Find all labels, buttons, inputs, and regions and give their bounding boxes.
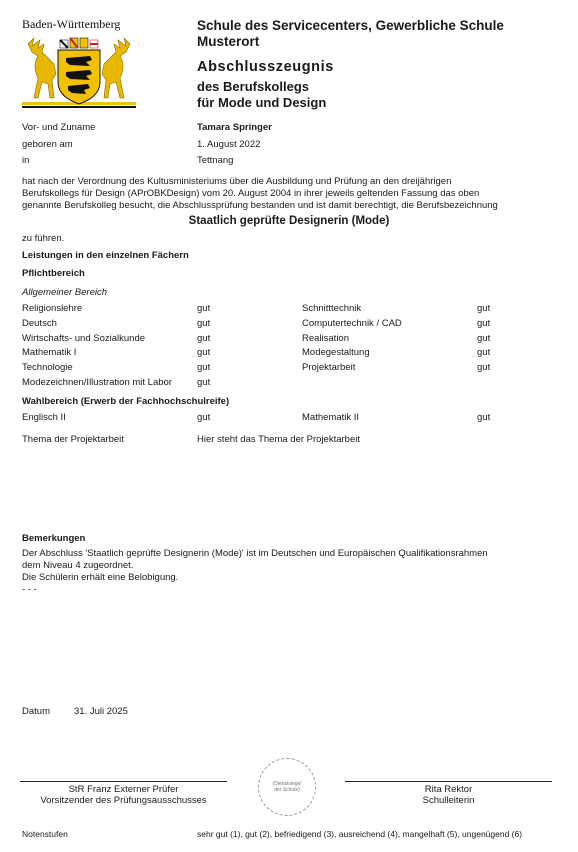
document-title: Abschlusszeugnis — [197, 59, 334, 75]
general-heading: Allgemeiner Bereich — [22, 287, 107, 298]
elective-heading: Wahlbereich (Erwerb der Fachhochschulrei… — [22, 396, 229, 407]
grade-row-subject: Mathematik I — [22, 347, 76, 358]
grade-row-grade: gut — [197, 333, 210, 344]
grade-scale-value: sehr gut (1), gut (2), befriedigend (3),… — [197, 829, 522, 839]
remarks-heading: Bemerkungen — [22, 533, 85, 544]
grade-row-subject: Wirtschafts- und Sozialkunde — [22, 333, 145, 344]
mandatory-heading: Pflichtbereich — [22, 268, 85, 279]
grade-row-subject: Modegestaltung — [302, 347, 370, 358]
project-topic-label: Thema der Projektarbeit — [22, 434, 124, 445]
school-name-line1: Schule des Servicecenters, Gewerbliche S… — [197, 18, 504, 34]
remarks-line4: - - - — [22, 584, 488, 596]
elective-subject: Mathematik II — [302, 412, 359, 423]
grade-row-grade: gut — [197, 303, 210, 314]
remarks-text: Der Abschluss 'Staatlich geprüfte Design… — [22, 548, 488, 596]
left-signer-name: StR Franz Externer Prüfer — [20, 784, 227, 795]
name-label: Vor- und Zuname — [22, 122, 95, 133]
date-value: 31. Juli 2025 — [74, 706, 128, 717]
left-signature-line — [20, 781, 227, 782]
right-signature-block: Rita Rektor Schulleiterin — [345, 784, 552, 806]
birthdate-label: geboren am — [22, 139, 73, 150]
intro-line1: hat nach der Verordnung des Kultusminist… — [22, 176, 567, 188]
grade-scale-label: Notenstufen — [22, 829, 68, 839]
coat-of-arms-icon — [20, 34, 138, 110]
elective-grade: gut — [477, 412, 490, 423]
grade-row-grade: gut — [477, 333, 490, 344]
grade-row-grade: gut — [477, 318, 490, 329]
intro-paragraph: hat nach der Verordnung des Kultusminist… — [22, 176, 567, 212]
grade-row-subject: Schnitttechnik — [302, 303, 361, 314]
grade-row-grade: gut — [197, 318, 210, 329]
grade-row-subject: Technologie — [22, 362, 73, 373]
professional-title: Staatlich geprüfte Designerin (Mode) — [0, 215, 578, 227]
document-subtitle-line1: des Berufskollegs — [197, 79, 326, 95]
intro-line3: genannte Berufskolleg besucht, die Absch… — [22, 200, 567, 212]
birthplace-label: in — [22, 155, 29, 166]
date-label: Datum — [22, 706, 50, 717]
seal-line2: der Schule) — [273, 787, 302, 793]
elective-grade: gut — [197, 412, 210, 423]
name-value: Tamara Springer — [197, 122, 272, 133]
official-seal-placeholder: (Dienstsiegel der Schule) — [258, 758, 316, 816]
remarks-line1: Der Abschluss 'Staatlich geprüfte Design… — [22, 548, 488, 560]
grade-row-grade: gut — [477, 303, 490, 314]
birthdate-value: 1. August 2022 — [197, 139, 260, 150]
project-topic-value: Hier steht das Thema der Projektarbeit — [197, 434, 360, 445]
right-signature-line — [345, 781, 552, 782]
right-signer-role: Schulleiterin — [345, 795, 552, 806]
grade-row-grade: gut — [197, 377, 210, 388]
intro-line2: Berufskollegs für Design (APrOBKDesign) … — [22, 188, 567, 200]
school-name: Schule des Servicecenters, Gewerbliche S… — [197, 18, 504, 50]
grade-row-grade: gut — [197, 347, 210, 358]
grade-row-subject: Modezeichnen/Illustration mit Labor — [22, 377, 172, 388]
grade-row-subject: Computertechnik / CAD — [302, 318, 402, 329]
left-signer-role: Vorsitzender des Prüfungsausschusses — [20, 795, 227, 806]
grades-heading: Leistungen in den einzelnen Fächern — [22, 250, 189, 261]
grade-row-grade: gut — [477, 347, 490, 358]
school-name-line2: Musterort — [197, 34, 504, 50]
remarks-line2: dem Niveau 4 zugeordnet. — [22, 560, 488, 572]
birthplace-value: Tettnang — [197, 155, 233, 166]
grade-row-subject: Deutsch — [22, 318, 57, 329]
grade-row-subject: Religionslehre — [22, 303, 82, 314]
grade-row-grade: gut — [197, 362, 210, 373]
grade-row-grade: gut — [477, 362, 490, 373]
grade-row-subject: Realisation — [302, 333, 349, 344]
state-name: Baden-Württemberg — [22, 17, 120, 32]
left-signature-block: StR Franz Externer Prüfer Vorsitzender d… — [20, 784, 227, 806]
document-subtitle-line2: für Mode und Design — [197, 95, 326, 111]
grade-row-subject: Projektarbeit — [302, 362, 355, 373]
remarks-line3: Die Schülerin erhält eine Belobigung. — [22, 572, 488, 584]
intro-closing: zu führen. — [22, 233, 64, 244]
elective-subject: Englisch II — [22, 412, 66, 423]
right-signer-name: Rita Rektor — [345, 784, 552, 795]
document-subtitle: des Berufskollegs für Mode und Design — [197, 79, 326, 111]
